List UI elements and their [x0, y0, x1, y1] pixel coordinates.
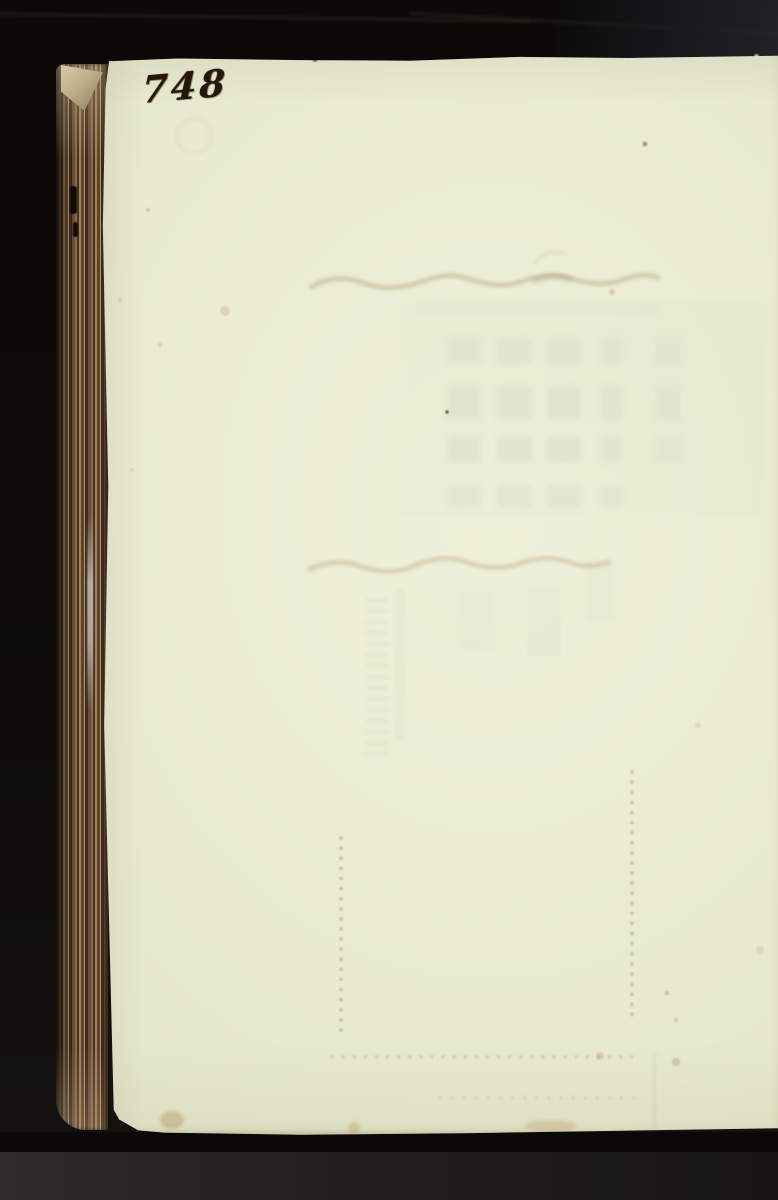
bottom-edge-stains [126, 1111, 756, 1134]
ink-ring-stain [177, 119, 211, 153]
fore-edge-highlight [87, 516, 93, 711]
showthrough-dotted-rules [332, 772, 678, 1098]
edge-dark-fleck [73, 222, 78, 237]
edge-dark-fleck [70, 186, 77, 214]
foxing-spots [118, 142, 764, 1067]
page-corner-flap [61, 65, 103, 111]
book-page-edges [56, 64, 108, 1130]
showthrough-and-stains-layer [96, 52, 778, 1138]
showthrough-handwriting-middle [308, 558, 610, 571]
manuscript-page: 748 [96, 52, 778, 1138]
background-light-streak [0, 12, 530, 23]
folio-number: 748 [142, 64, 229, 109]
background-reflection [555, 0, 778, 62]
shadow-under-book [0, 1132, 778, 1154]
table-surface [0, 1152, 778, 1200]
manuscript-scan: 748 [0, 0, 778, 1200]
showthrough-ruled-column [377, 560, 615, 760]
showthrough-handwriting-upper [310, 252, 660, 288]
top-edge-stain [246, 54, 566, 62]
showthrough-table-grid [400, 300, 766, 516]
